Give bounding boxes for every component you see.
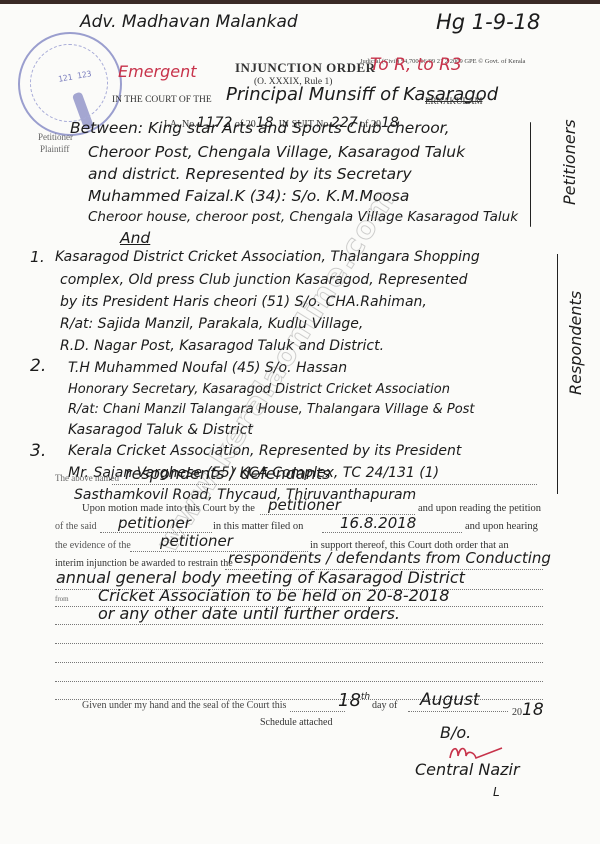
given-month: August [420, 690, 480, 710]
dotted-line [55, 643, 543, 644]
above-named-label: The above named [55, 473, 119, 483]
schedule-attached: Schedule attached [260, 717, 332, 728]
respondent-line: Kerala Cricket Association, Represented … [68, 441, 461, 461]
day-suffix: th [361, 692, 370, 702]
margin-plaintiff: Plaintiff [40, 144, 69, 154]
initial-mark: L [493, 785, 500, 799]
dotted-line [55, 624, 543, 625]
above-named-value: respondents / defendants [125, 464, 330, 483]
emergent-stamp: Emergent [118, 62, 197, 81]
respondent-number: 3. [30, 441, 46, 461]
document-title: INJUNCTION ORDER [235, 60, 376, 76]
respondent-number: 1. [30, 247, 45, 267]
dotted-line [55, 662, 543, 663]
petitioner-line: Cheroor house, cheroor post, Chengala Vi… [88, 207, 518, 227]
order-line: annual general body meeting of Kasaragod… [56, 568, 465, 587]
respondents-side-label: Respondents [566, 291, 585, 395]
year-prefix: 20 [512, 707, 522, 718]
evidence-party: petitioner [160, 532, 233, 550]
recipient-note: To R, to R3 [370, 55, 462, 75]
filed-date: 16.8.2018 [340, 514, 416, 532]
year-line: 2018 [512, 700, 544, 720]
dotted-line [408, 711, 508, 712]
petitioners-side-label: Petitioners [560, 119, 579, 205]
motion-suffix: and upon reading the petition [418, 503, 541, 514]
respondent-line: R.D. Nagar Post, Kasaragod Taluk and Dis… [60, 336, 384, 356]
day-of-label: day of [372, 700, 397, 711]
seal-text: 121 123 [57, 69, 92, 84]
advocate-note: Adv. Madhavan Malankad [80, 12, 298, 32]
top-edge [0, 0, 600, 4]
motion-prefix: Upon motion made into this Court by the [82, 503, 255, 514]
respondents-bracket [557, 254, 558, 494]
order-line: Cricket Association to be held on 20-8-2… [98, 586, 449, 605]
respondent-number: 2. [30, 356, 46, 376]
dotted-line [322, 532, 462, 533]
respondent-line: by its President Haris cheori (51) S/o. … [60, 292, 427, 312]
respondent-line: Kasaragod District Cricket Association, … [55, 247, 480, 267]
petitioner-line: Between: King star Arts and Sports Club … [70, 118, 450, 138]
bo-note: B/o. [440, 723, 471, 742]
dotted-line [112, 484, 537, 485]
petitioner-line: Cheroor Post, Chengala Village, Kasarago… [88, 142, 465, 162]
date-note: Hg 1-9-18 [436, 10, 540, 34]
said-party: petitioner [118, 514, 191, 532]
filed-label: in this matter filed on [213, 521, 303, 532]
motion-party: petitioner [268, 496, 341, 514]
petitioner-brace [530, 122, 531, 227]
struck-place: ERNAKULAM [425, 96, 483, 106]
day-value: 18 [338, 690, 361, 711]
respondent-line: complex, Old press Club junction Kasarag… [60, 270, 468, 290]
court-prefix: IN THE COURT OF THE [112, 95, 212, 105]
respondent-line: T.H Muhammed Noufal (45) S/o. Hassan [68, 358, 347, 378]
said-prefix: of the said [55, 521, 97, 532]
petitioner-line: and district. Represented by its Secreta… [88, 164, 412, 184]
evidence-prefix: the evidence of the [55, 540, 131, 551]
dotted-line [55, 681, 543, 682]
margin-petitioner: Petitioner [38, 132, 73, 142]
year-value: 18 [522, 700, 544, 720]
and-label: And [120, 228, 150, 248]
given-prefix: Given under my hand and the seal of the … [82, 700, 286, 711]
given-day: 18th [338, 690, 370, 711]
hearing-suffix: and upon hearing [465, 521, 538, 532]
order-line: or any other date until further orders. [98, 604, 400, 623]
restrain-value: respondents / defendants from Conducting [228, 549, 551, 567]
respondent-line: Sasthamkovil Road, Thycaud, Thiruvanthap… [74, 485, 416, 505]
dotted-line [290, 711, 345, 712]
from-label: from [55, 595, 69, 603]
central-nazir: Central Nazir [415, 760, 520, 779]
